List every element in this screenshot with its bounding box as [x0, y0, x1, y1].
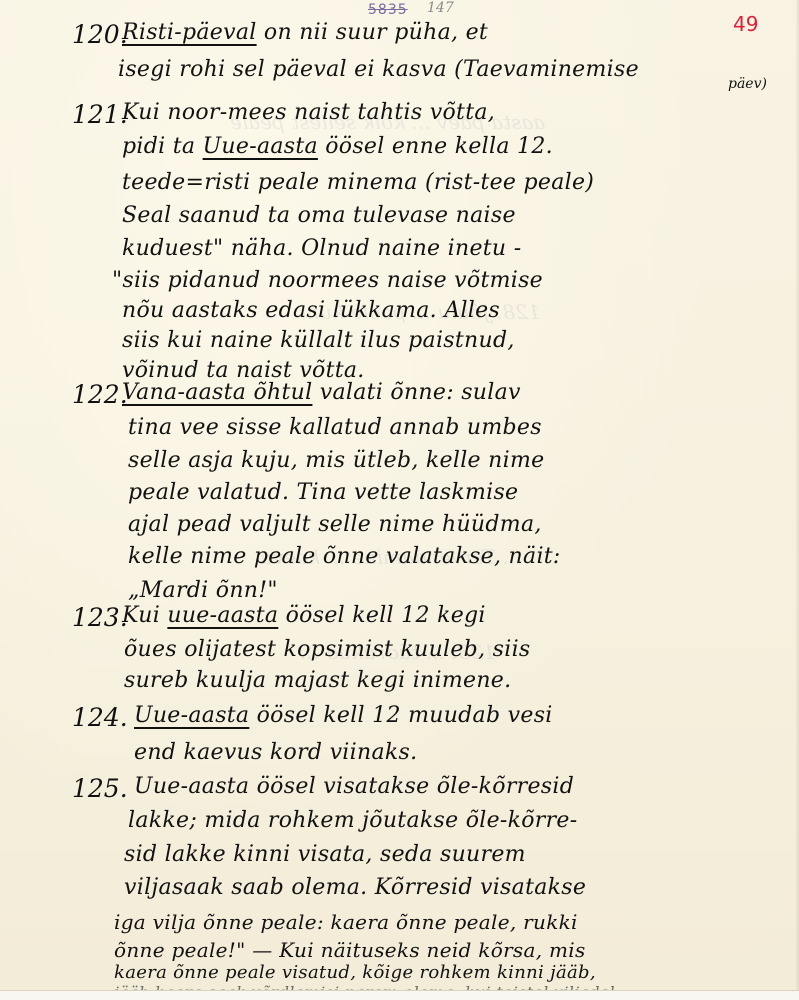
- underlined-phrase: Risti-päeval: [122, 20, 257, 45]
- entry-line: siis kui naine küllalt ilus paistnud,: [122, 328, 515, 353]
- underlined-phrase: Vana-aasta õhtul: [122, 380, 312, 405]
- entry-line: sureb kuulja majast kegi inimene.: [124, 668, 511, 693]
- entry-line: isegi rohi sel päeval ei kasva (Taevamin…: [118, 57, 639, 82]
- entry-number: 122.: [72, 380, 128, 409]
- archive-sub-number: 147: [427, 0, 454, 16]
- entry-line: Kui noor-mees naist tahtis võtta,: [122, 100, 495, 125]
- entry-line: nõu aastaks edasi lükkama. Alles: [122, 298, 500, 323]
- entry-line: kelle nime peale õnne valatakse, näit:: [128, 544, 561, 569]
- entry-line: Uue-aasta öösel kell 12 muudab vesi: [134, 703, 553, 728]
- entry-line: Kui uue-aasta öösel kell 12 kegi: [122, 603, 486, 628]
- entry-line: selle asja kuju, mis ütleb, kelle nime: [128, 448, 544, 473]
- entry-line: tina vee sisse kallatud annab umbes: [128, 415, 542, 440]
- underlined-phrase: uue-aasta: [167, 603, 278, 628]
- margin-note: päev): [728, 76, 767, 92]
- entry-number: 125.: [72, 774, 128, 803]
- entry-number: 121.: [72, 100, 128, 129]
- line-text: Kui: [122, 603, 167, 628]
- entry-line: „Mardi õnn!": [128, 578, 278, 603]
- line-text: öösel enne kella 12.: [318, 134, 553, 159]
- entry-line: "siis pidanud noormees naise võtmise: [112, 268, 543, 293]
- entry-line: Uue-aasta öösel visatakse õle-kõrresid: [134, 774, 574, 799]
- entry-line: Risti-päeval on nii suur püha, et: [122, 20, 488, 45]
- entry-line: peale valatud. Tina vette laskmise: [128, 480, 518, 505]
- entry-line: kuduest" näha. Olnud naine inetu -: [122, 236, 521, 261]
- entry-number: 123.: [72, 603, 128, 632]
- entry-line: Vana-aasta õhtul valati õnne: sulav: [122, 380, 521, 405]
- entry-line: sid lakke kinni visata, seda suurem: [124, 842, 526, 867]
- underlined-phrase: Uue-aasta: [134, 703, 249, 728]
- entry-line: kaera õnne peale visatud, kõige rohkem k…: [114, 962, 596, 983]
- entry-line: viljasaak saab olema. Kõrresid visatakse: [124, 875, 586, 900]
- archive-stamp-number: 5835: [368, 2, 408, 18]
- line-text: öösel kell 12 kegi: [278, 603, 485, 628]
- page-number: 49: [733, 12, 758, 36]
- scan-bottom-margin: [0, 990, 799, 1000]
- line-text: on nii suur püha, et: [257, 20, 488, 45]
- entry-line: õnne peale!" — Kui näituseks neid kõrsa,…: [114, 938, 586, 962]
- entry-line: õues olijatest kopsimist kuuleb, siis: [124, 637, 531, 662]
- entry-line: teede=risti peale minema (rist-tee peale…: [122, 170, 594, 195]
- entry-line: end kaevus kord viinaks.: [134, 740, 417, 765]
- entry-line: Seal saanud ta oma tulevase naise: [122, 203, 516, 228]
- entry-line: ajal pead valjult selle nime hüüdma,: [128, 512, 542, 537]
- entry-number: 124.: [72, 703, 128, 732]
- page-edge-shadow: [795, 0, 799, 990]
- entry-number: 120.: [72, 20, 128, 49]
- entry-line: iga vilja õnne peale: kaera õnne peale, …: [114, 910, 578, 934]
- line-text: pidi ta: [122, 134, 203, 159]
- line-text: öösel kell 12 muudab vesi: [249, 703, 552, 728]
- manuscript-page: aasta päev ... kõik sellest peale 128. J…: [0, 0, 799, 990]
- underlined-phrase: Uue-aasta: [203, 134, 318, 159]
- entry-line: pidi ta Uue-aasta öösel enne kella 12.: [122, 134, 553, 159]
- line-text: valati õnne: sulav: [312, 380, 520, 405]
- entry-line: lakke; mida rohkem jõutakse õle-kõrre-: [128, 808, 578, 833]
